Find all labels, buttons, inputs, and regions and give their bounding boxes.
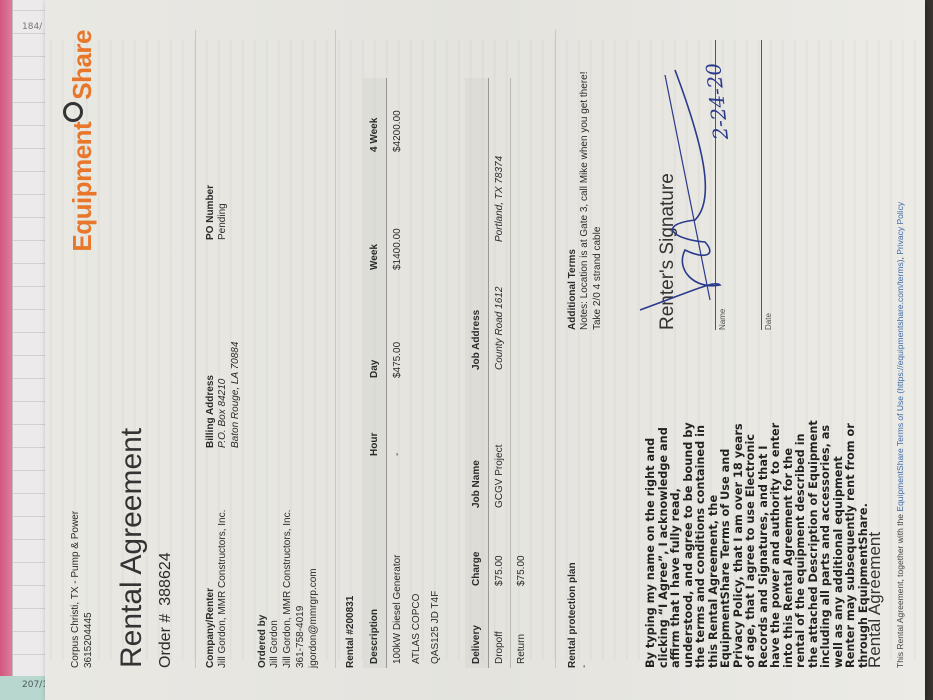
- day-cell: $475.00: [387, 274, 447, 382]
- divider: [335, 30, 336, 668]
- protection-plan-label: Rental protection plan: [567, 418, 578, 668]
- hour-cell: -: [387, 382, 447, 460]
- divider: [555, 30, 556, 668]
- col-job-address: Job Address: [465, 78, 489, 374]
- description-cell: 100kW Diesel Generator ATLAS COPCO QAS12…: [387, 460, 447, 668]
- table-row: 100kW Diesel Generator ATLAS COPCO QAS12…: [387, 78, 447, 668]
- description-line: 100kW Diesel Generator: [392, 464, 403, 664]
- delivery-charge: $75.00: [511, 512, 533, 590]
- table-row: Dropoff $75.00 GCGV Project County Road …: [489, 78, 511, 668]
- delivery-charge: $75.00: [489, 512, 511, 590]
- billing-line-2: Baton Rouge, LA 70884: [229, 288, 242, 448]
- job-name: [511, 374, 533, 512]
- col-week: Week: [363, 156, 387, 274]
- col-four-week: 4 Week: [363, 78, 387, 156]
- col-day: Day: [363, 274, 387, 382]
- four-week-cell: $4200.00: [387, 78, 447, 156]
- terms-of-use-link[interactable]: EquipmentShare Terms of Use (https://equ…: [895, 259, 905, 511]
- branch-location: Corpus Christi, TX - Pump & Power: [69, 511, 82, 668]
- equipmentshare-logo: EquipmentShare: [67, 30, 98, 252]
- date-label: Date: [764, 313, 773, 330]
- job-address-line-1: County Road 1612: [489, 246, 511, 374]
- ordered-by-label: Ordered by: [257, 428, 268, 668]
- consent-paragraph: By typing my name on the right and click…: [645, 413, 870, 668]
- ordered-by-email: jgordon@mmrgrp.com: [307, 428, 320, 668]
- delivery-type: Dropoff: [489, 590, 511, 668]
- logo-part-equipment: Equipment: [67, 122, 97, 252]
- additional-terms-block: Additional Terms Notes: Location is at G…: [567, 30, 604, 330]
- additional-terms-notes: Notes: Location is at Gate 3, call Mike …: [578, 30, 591, 330]
- page-title: Rental Agreement: [115, 428, 149, 668]
- protection-plan-block: Rental protection plan -: [567, 418, 591, 668]
- rental-number: Rental #200831: [345, 596, 356, 668]
- delivery-type: Return: [511, 590, 533, 668]
- company-label: Company/Renter: [205, 468, 216, 668]
- billing-line-1: P.O. Box 84210: [216, 288, 229, 448]
- job-address-line-2: [511, 78, 533, 246]
- job-name: GCGV Project: [489, 374, 511, 512]
- table-row: Return $75.00: [511, 78, 533, 668]
- job-address-line-2: Portland, TX 78374: [489, 78, 511, 246]
- ordered-by-phone: 361-758-4019: [294, 428, 307, 668]
- footer-title: Rental Agreement: [865, 532, 885, 668]
- description-line: ATLAS COPCO: [411, 464, 422, 664]
- po-number-block: PO Number Pending: [205, 120, 229, 240]
- company-renter-block: Company/Renter Jill Gordon, MMR Construc…: [205, 468, 229, 668]
- footer-text: This Rental Agreement, together with the…: [895, 202, 905, 668]
- po-value: Pending: [216, 120, 229, 240]
- col-delivery: Delivery: [465, 590, 489, 668]
- date-signature-line: [761, 40, 762, 330]
- col-hour: Hour: [363, 382, 387, 460]
- ordered-by-name: Jill Gordon: [268, 428, 281, 668]
- order-label: Order #: [157, 614, 174, 668]
- footer-prefix: This Rental Agreement, together with the: [895, 512, 905, 668]
- additional-terms-cable: Take 2/0 4 strand cable: [591, 30, 604, 330]
- branch-info: Corpus Christi, TX - Pump & Power 361520…: [69, 511, 95, 668]
- logo-part-share: Share: [67, 30, 97, 100]
- order-number-line: Order #388624: [157, 552, 175, 668]
- job-address-line-1: [511, 246, 533, 374]
- branch-phone: 3615204445: [82, 511, 95, 668]
- delivery-table: Delivery Charge Job Name Job Address Dro…: [465, 78, 532, 668]
- protection-plan-value: -: [578, 418, 591, 668]
- po-label: PO Number: [205, 120, 216, 240]
- col-job-name: Job Name: [465, 374, 489, 512]
- order-number: 388624: [157, 552, 174, 605]
- col-charge: Charge: [465, 512, 489, 590]
- ordered-by-block: Ordered by Jill Gordon Jill Gordon, MMR …: [257, 428, 320, 668]
- privacy-policy-link[interactable]: Privacy Policy: [895, 202, 905, 255]
- billing-address-block: Billing Address P.O. Box 84210 Baton Rou…: [205, 288, 242, 448]
- divider: [195, 30, 196, 668]
- rental-agreement-paper: Corpus Christi, TX - Pump & Power 361520…: [45, 0, 925, 700]
- company-value: Jill Gordon, MMR Constructors, Inc.: [216, 468, 229, 668]
- week-cell: $1400.00: [387, 156, 447, 274]
- rental-items-table: Description Hour Day Week 4 Week 100kW D…: [363, 78, 446, 668]
- document-content: Corpus Christi, TX - Pump & Power 361520…: [45, 0, 925, 700]
- footer-separator: ,: [895, 255, 905, 260]
- billing-label: Billing Address: [205, 288, 216, 448]
- col-description: Description: [363, 460, 387, 668]
- description-line: QAS125 JD T4F: [430, 464, 441, 664]
- gear-icon: [63, 102, 83, 122]
- ordered-by-company: Jill Gordon, MMR Constructors, Inc.: [281, 428, 294, 668]
- background-sheet-number: 184/: [22, 22, 42, 32]
- additional-terms-label: Additional Terms: [567, 30, 578, 330]
